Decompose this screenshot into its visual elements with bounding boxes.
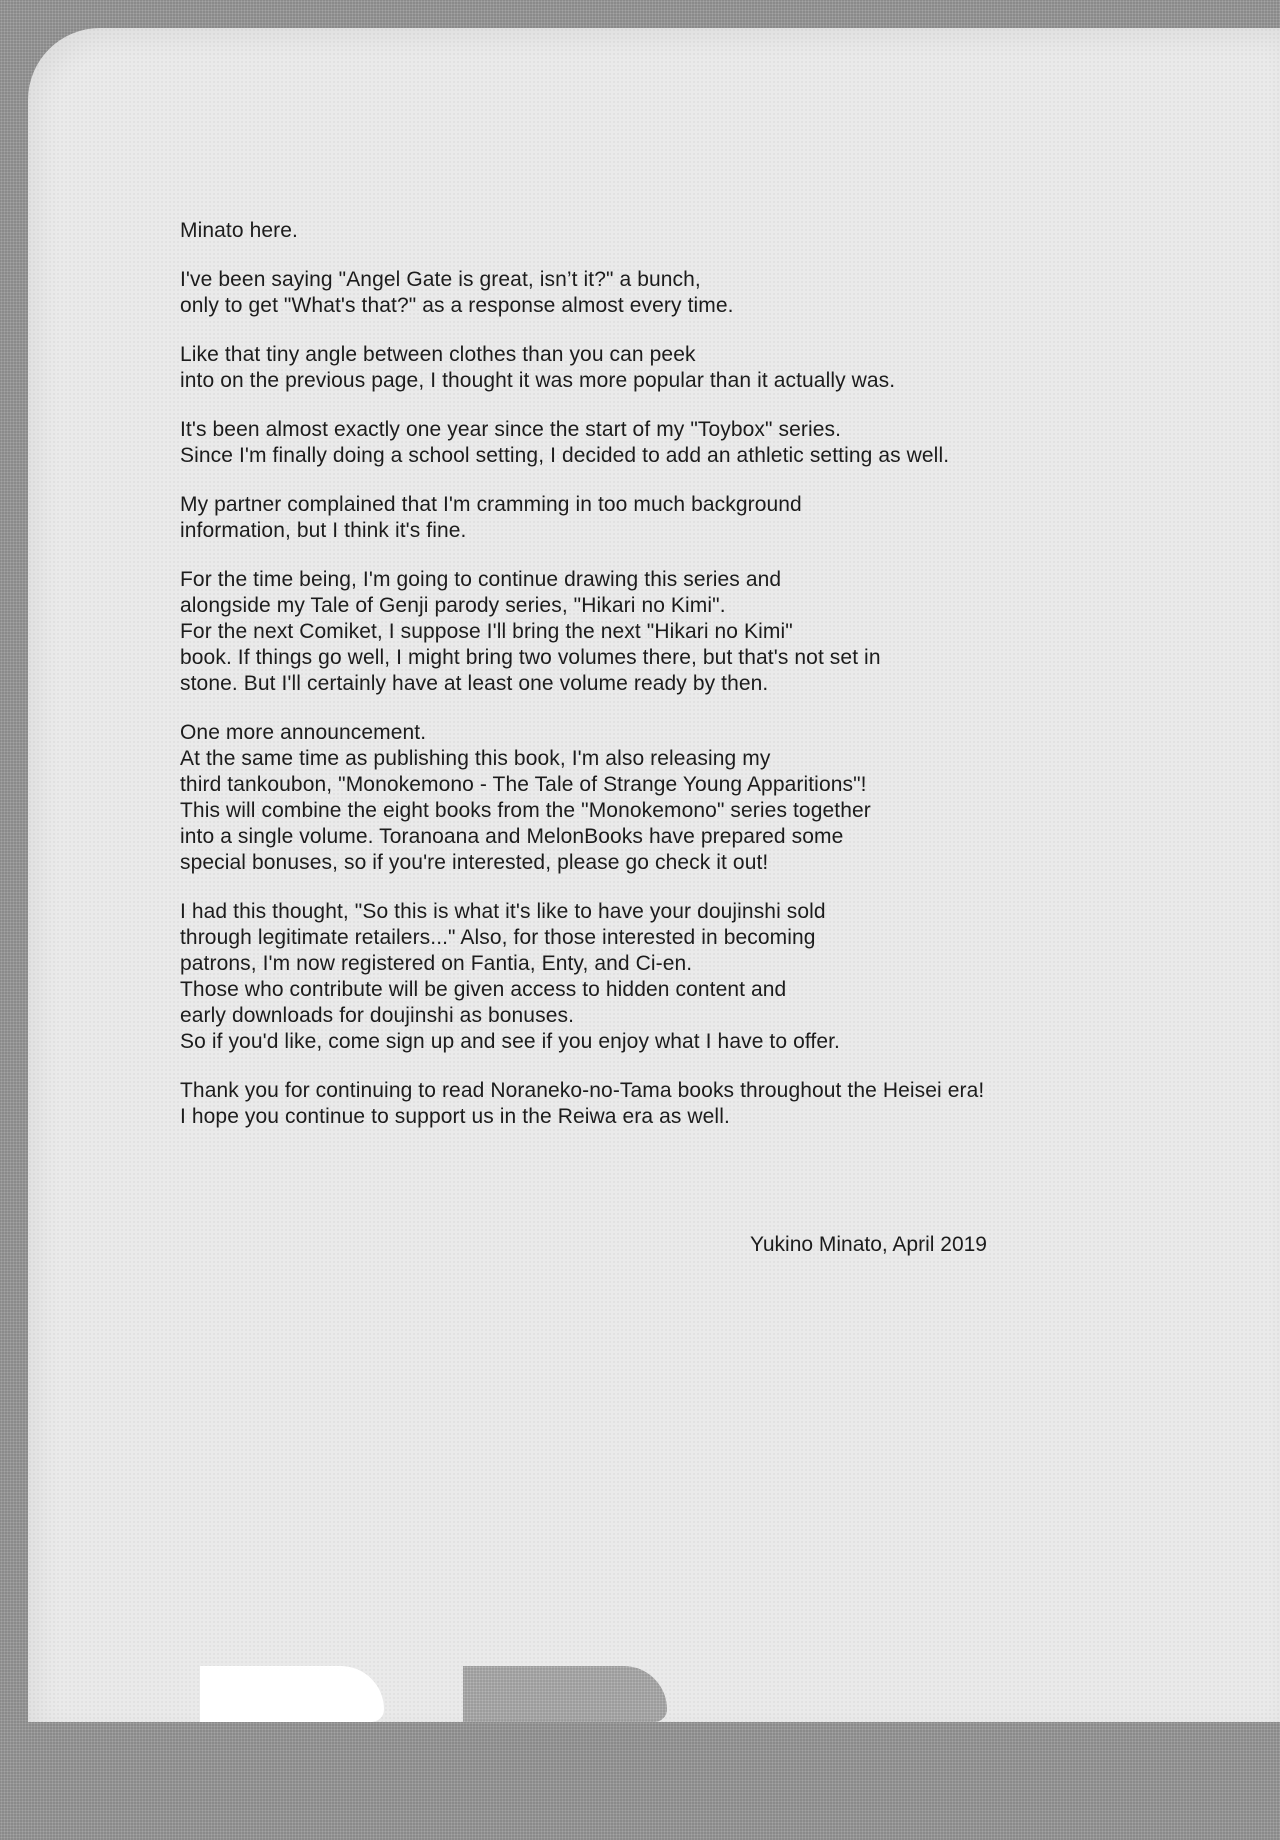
paragraph-announcement: One more announcement. At the same time …	[180, 720, 1170, 876]
paragraph-greeting: Minato here.	[180, 218, 1170, 244]
document-page: Minato here. I've been saying "Angel Gat…	[28, 28, 1280, 1722]
paragraph-toybox: It's been almost exactly one year since …	[180, 417, 1170, 469]
paragraph-partner: My partner complained that I'm cramming …	[180, 492, 1170, 544]
paragraph-thanks: Thank you for continuing to read Noranek…	[180, 1078, 1170, 1130]
paragraph-tiny-angle: Like that tiny angle between clothes tha…	[180, 342, 1170, 394]
paragraph-hikari-no-kimi: For the time being, I'm going to continu…	[180, 567, 1170, 697]
page-bleed-shape-white	[200, 1666, 384, 1722]
afterword-text: Minato here. I've been saying "Angel Gat…	[180, 218, 1170, 1153]
paragraph-patronage: I had this thought, "So this is what it'…	[180, 899, 1170, 1055]
signature-line: Yukino Minato, April 2019	[750, 1232, 987, 1258]
paragraph-angel-gate: I've been saying "Angel Gate is great, i…	[180, 267, 1170, 319]
page-bleed-shape-gray	[463, 1666, 667, 1722]
